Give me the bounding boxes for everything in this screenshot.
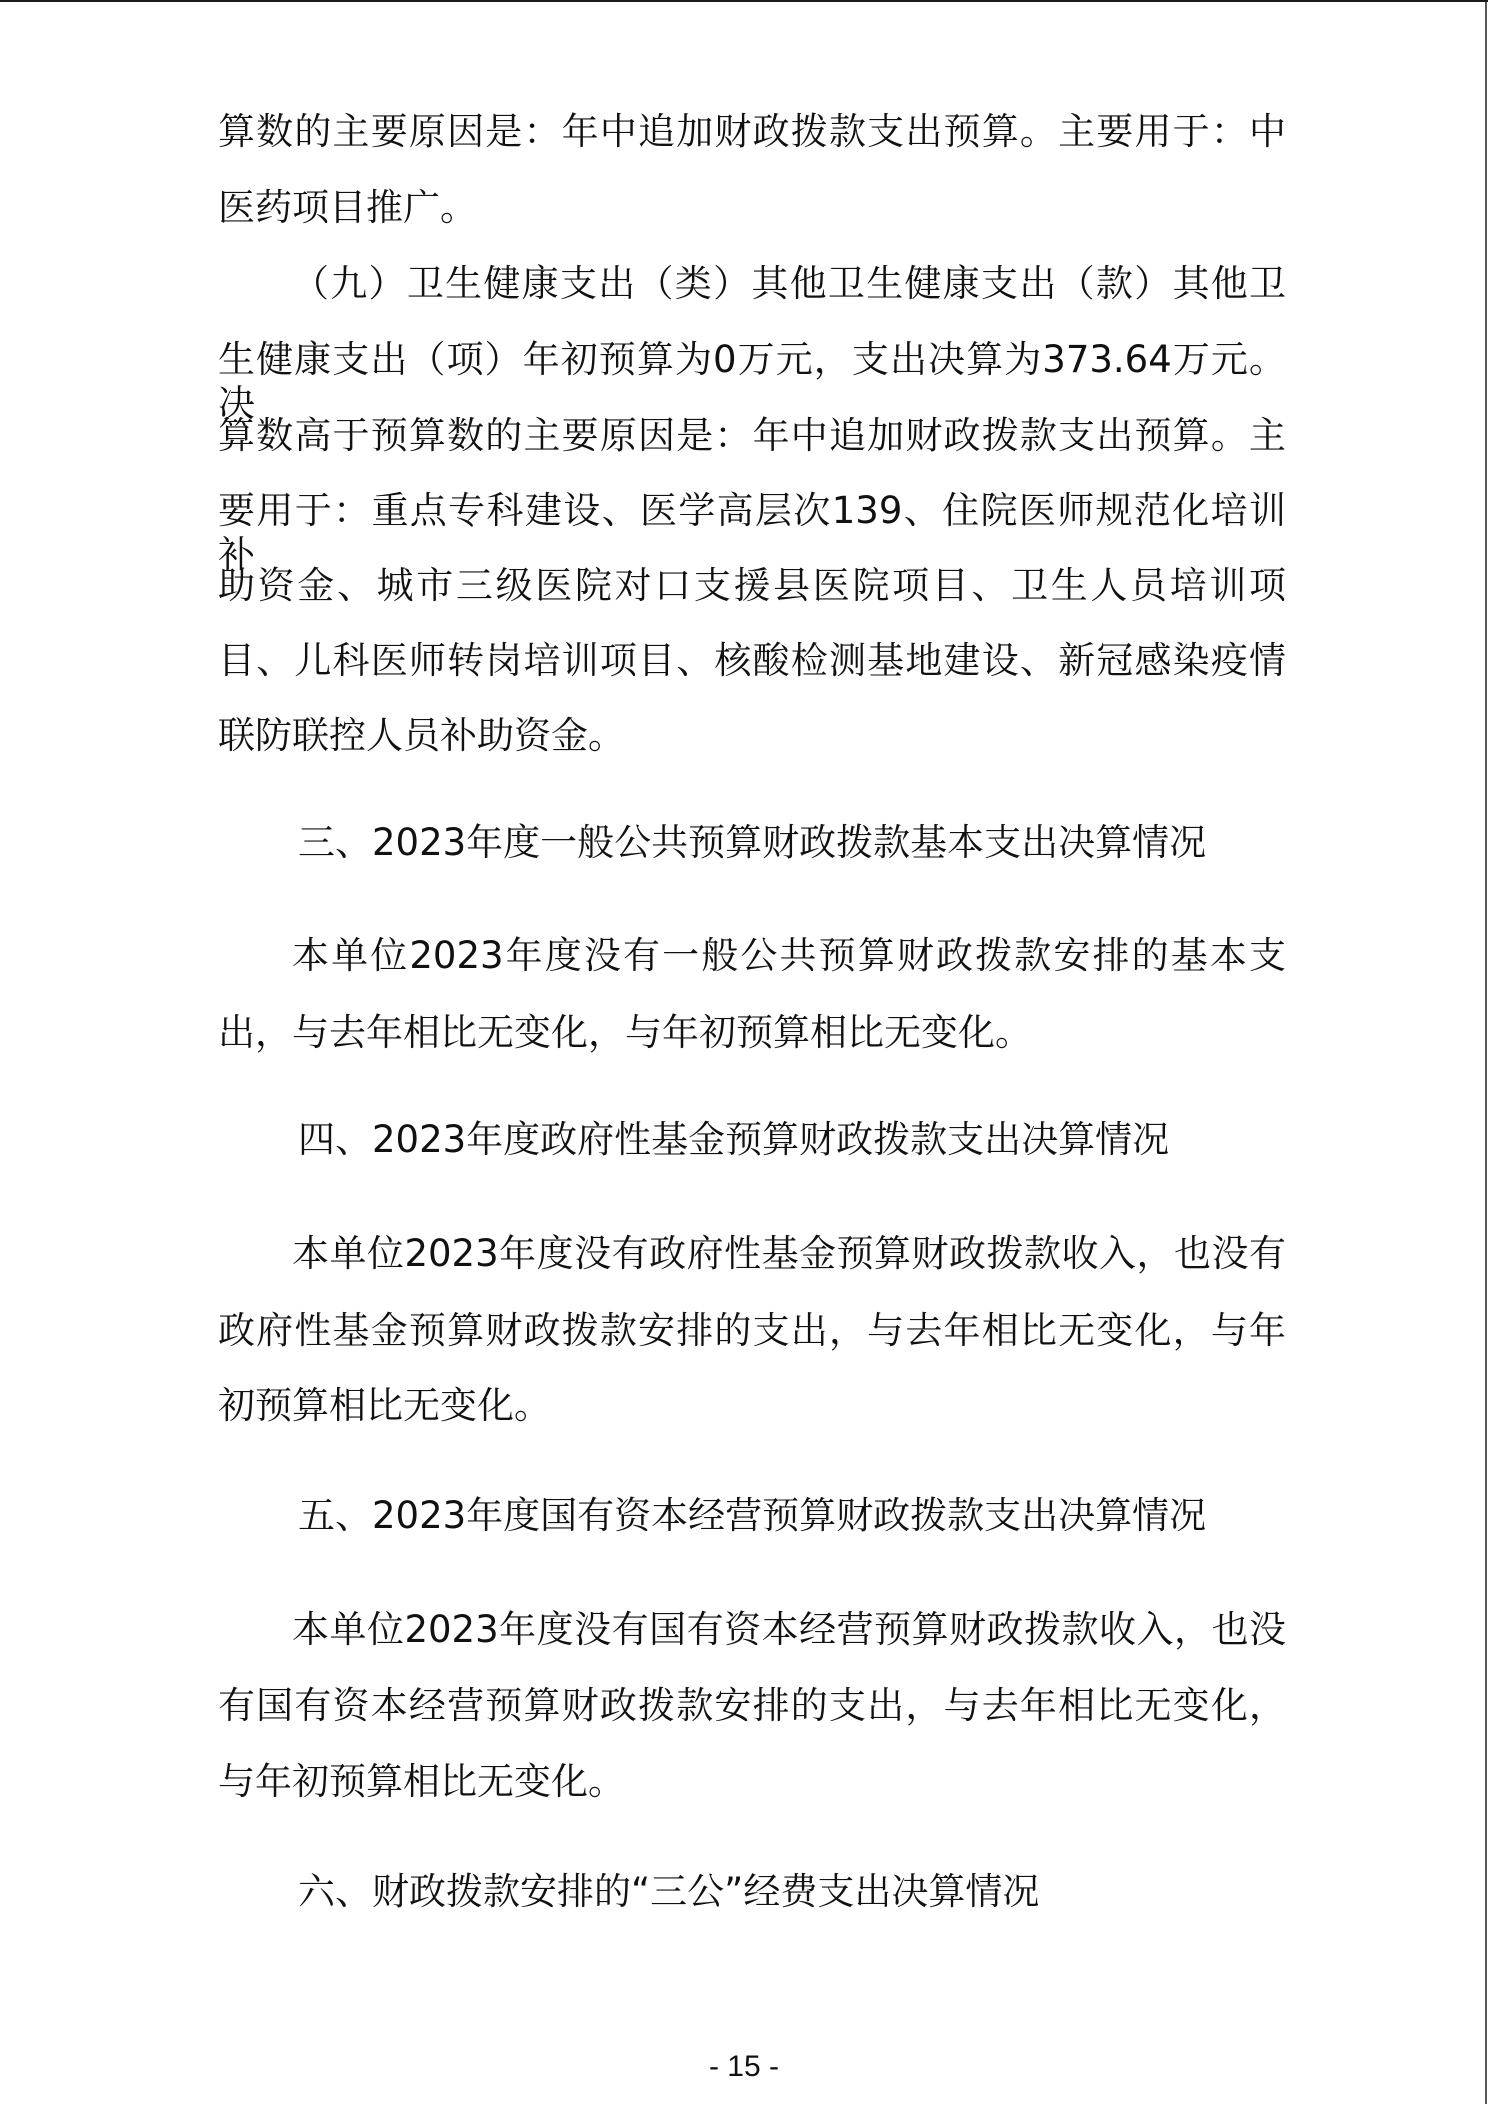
paragraph-line: 出，与去年相比无变化，与年初预算相比无变化。 xyxy=(218,1011,1032,1055)
paragraph-line: 医药项目推广。 xyxy=(218,186,477,230)
paragraph-line: 联防联控人员补助资金。 xyxy=(218,714,625,758)
paragraph-line: 生健康支出（项）年初预算为0万元，支出决算为373.64万元。决 xyxy=(218,338,1286,426)
document-page: 算数的主要原因是：年中追加财政拨款支出预算。主要用于：中 医药项目推广。 （九）… xyxy=(0,0,1488,2104)
section-heading: 四、2023年度政府性基金预算财政拨款支出决算情况 xyxy=(298,1118,1169,1162)
paragraph-line: 有国有资本经营预算财政拨款安排的支出，与去年相比无变化， xyxy=(218,1684,1286,1728)
paragraph-line: 与年初预算相比无变化。 xyxy=(218,1760,625,1804)
paragraph-line: 本单位2023年度没有一般公共预算财政拨款安排的基本支 xyxy=(292,934,1286,978)
paragraph-line: 本单位2023年度没有国有资本经营预算财政拨款收入，也没 xyxy=(292,1608,1286,1652)
section-heading: 三、2023年度一般公共预算财政拨款基本支出决算情况 xyxy=(298,821,1206,865)
section-heading: 六、财政拨款安排的“三公”经费支出决算情况 xyxy=(298,1870,1039,1914)
paragraph-line: 算数的主要原因是：年中追加财政拨款支出预算。主要用于：中 xyxy=(218,110,1286,154)
paragraph-line: 算数高于预算数的主要原因是：年中追加财政拨款支出预算。主 xyxy=(218,414,1286,458)
paragraph-line: 政府性基金预算财政拨款安排的支出，与去年相比无变化，与年 xyxy=(218,1309,1286,1353)
page-number: - 15 - xyxy=(0,2050,1488,2084)
paragraph-line: 初预算相比无变化。 xyxy=(218,1384,551,1428)
paragraph-line: 目、儿科医师转岗培训项目、核酸检测基地建设、新冠感染疫情 xyxy=(218,639,1286,683)
page-edge-border xyxy=(1485,2,1487,2104)
paragraph-line: 本单位2023年度没有政府性基金预算财政拨款收入，也没有 xyxy=(292,1232,1286,1276)
paragraph-line: 助资金、城市三级医院对口支援县医院项目、卫生人员培训项 xyxy=(218,564,1286,608)
section-heading: 五、2023年度国有资本经营预算财政拨款支出决算情况 xyxy=(298,1494,1206,1538)
paragraph-line: （九）卫生健康支出（类）其他卫生健康支出（款）其他卫 xyxy=(292,262,1286,306)
